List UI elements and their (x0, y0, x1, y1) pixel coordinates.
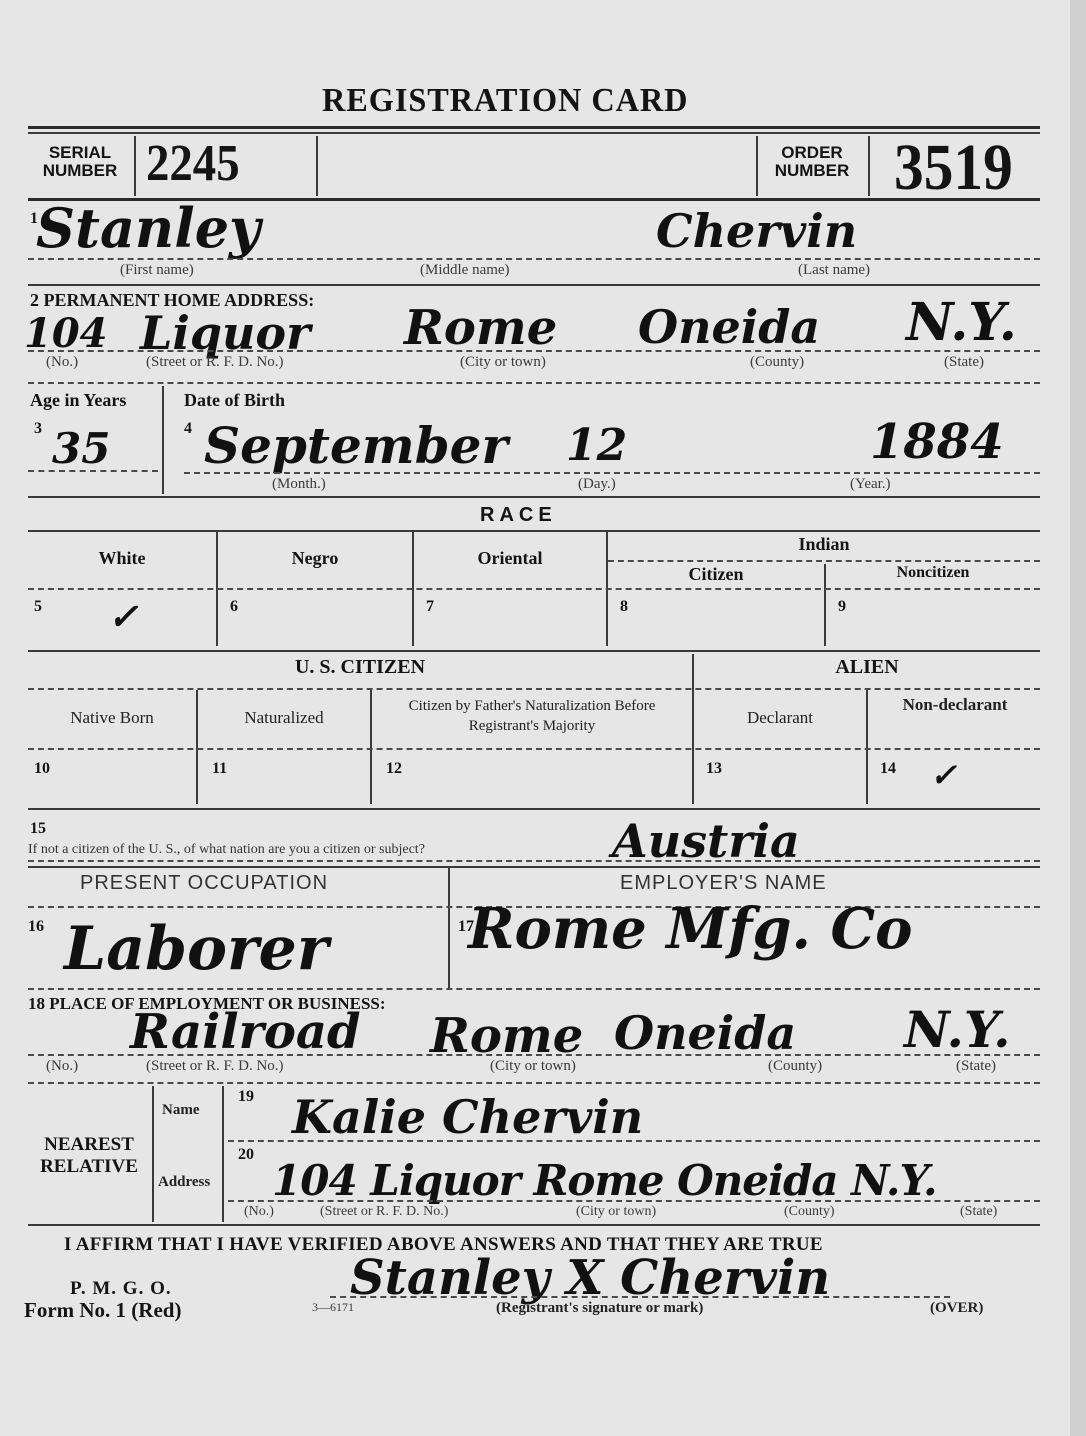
employment-state: N.Y. (904, 1000, 1011, 1059)
birth-day: 12 (566, 420, 627, 471)
age-value: 35 (52, 424, 110, 473)
occupation-value: Laborer (64, 914, 328, 984)
home-address-city: Rome (404, 300, 557, 356)
scan-edge (1070, 0, 1086, 1436)
alien-heading: ALIEN (694, 656, 1040, 679)
employment-county: Oneida (614, 1006, 796, 1060)
race-white-check: ✓ (108, 596, 138, 638)
registration-card: REGISTRATION CARD SERIAL NUMBER 2245 ORD… (0, 0, 1070, 1436)
employer-value: Rome Mfg. Co (468, 896, 912, 962)
non-declarant-check: ✓ (930, 756, 957, 794)
home-address-county: Oneida (638, 300, 820, 354)
card-title: REGISTRATION CARD (322, 82, 688, 120)
relative-address: 104 Liquor Rome Oneida N.Y. (272, 1156, 937, 1205)
nearest-relative-label: NEAREST RELATIVE (30, 1134, 148, 1178)
race-heading: RACE (480, 506, 557, 524)
birth-month: September (204, 416, 508, 475)
home-address-state: N.Y. (906, 292, 1017, 353)
serial-number-label: SERIAL NUMBER (30, 144, 130, 180)
relative-name: Kalie Chervin (292, 1090, 643, 1144)
first-name: Stanley (36, 196, 260, 260)
birth-year: 1884 (870, 414, 1004, 470)
last-name: Chervin (656, 204, 857, 258)
employment-street: Railroad (130, 1004, 361, 1060)
order-number-label: ORDER NUMBER (760, 144, 864, 180)
us-citizen-heading: U. S. CITIZEN (28, 656, 692, 679)
form-number: Form No. 1 (Red) (24, 1298, 181, 1323)
order-number: 3519 (894, 130, 1013, 206)
serial-number: 2245 (146, 134, 240, 193)
